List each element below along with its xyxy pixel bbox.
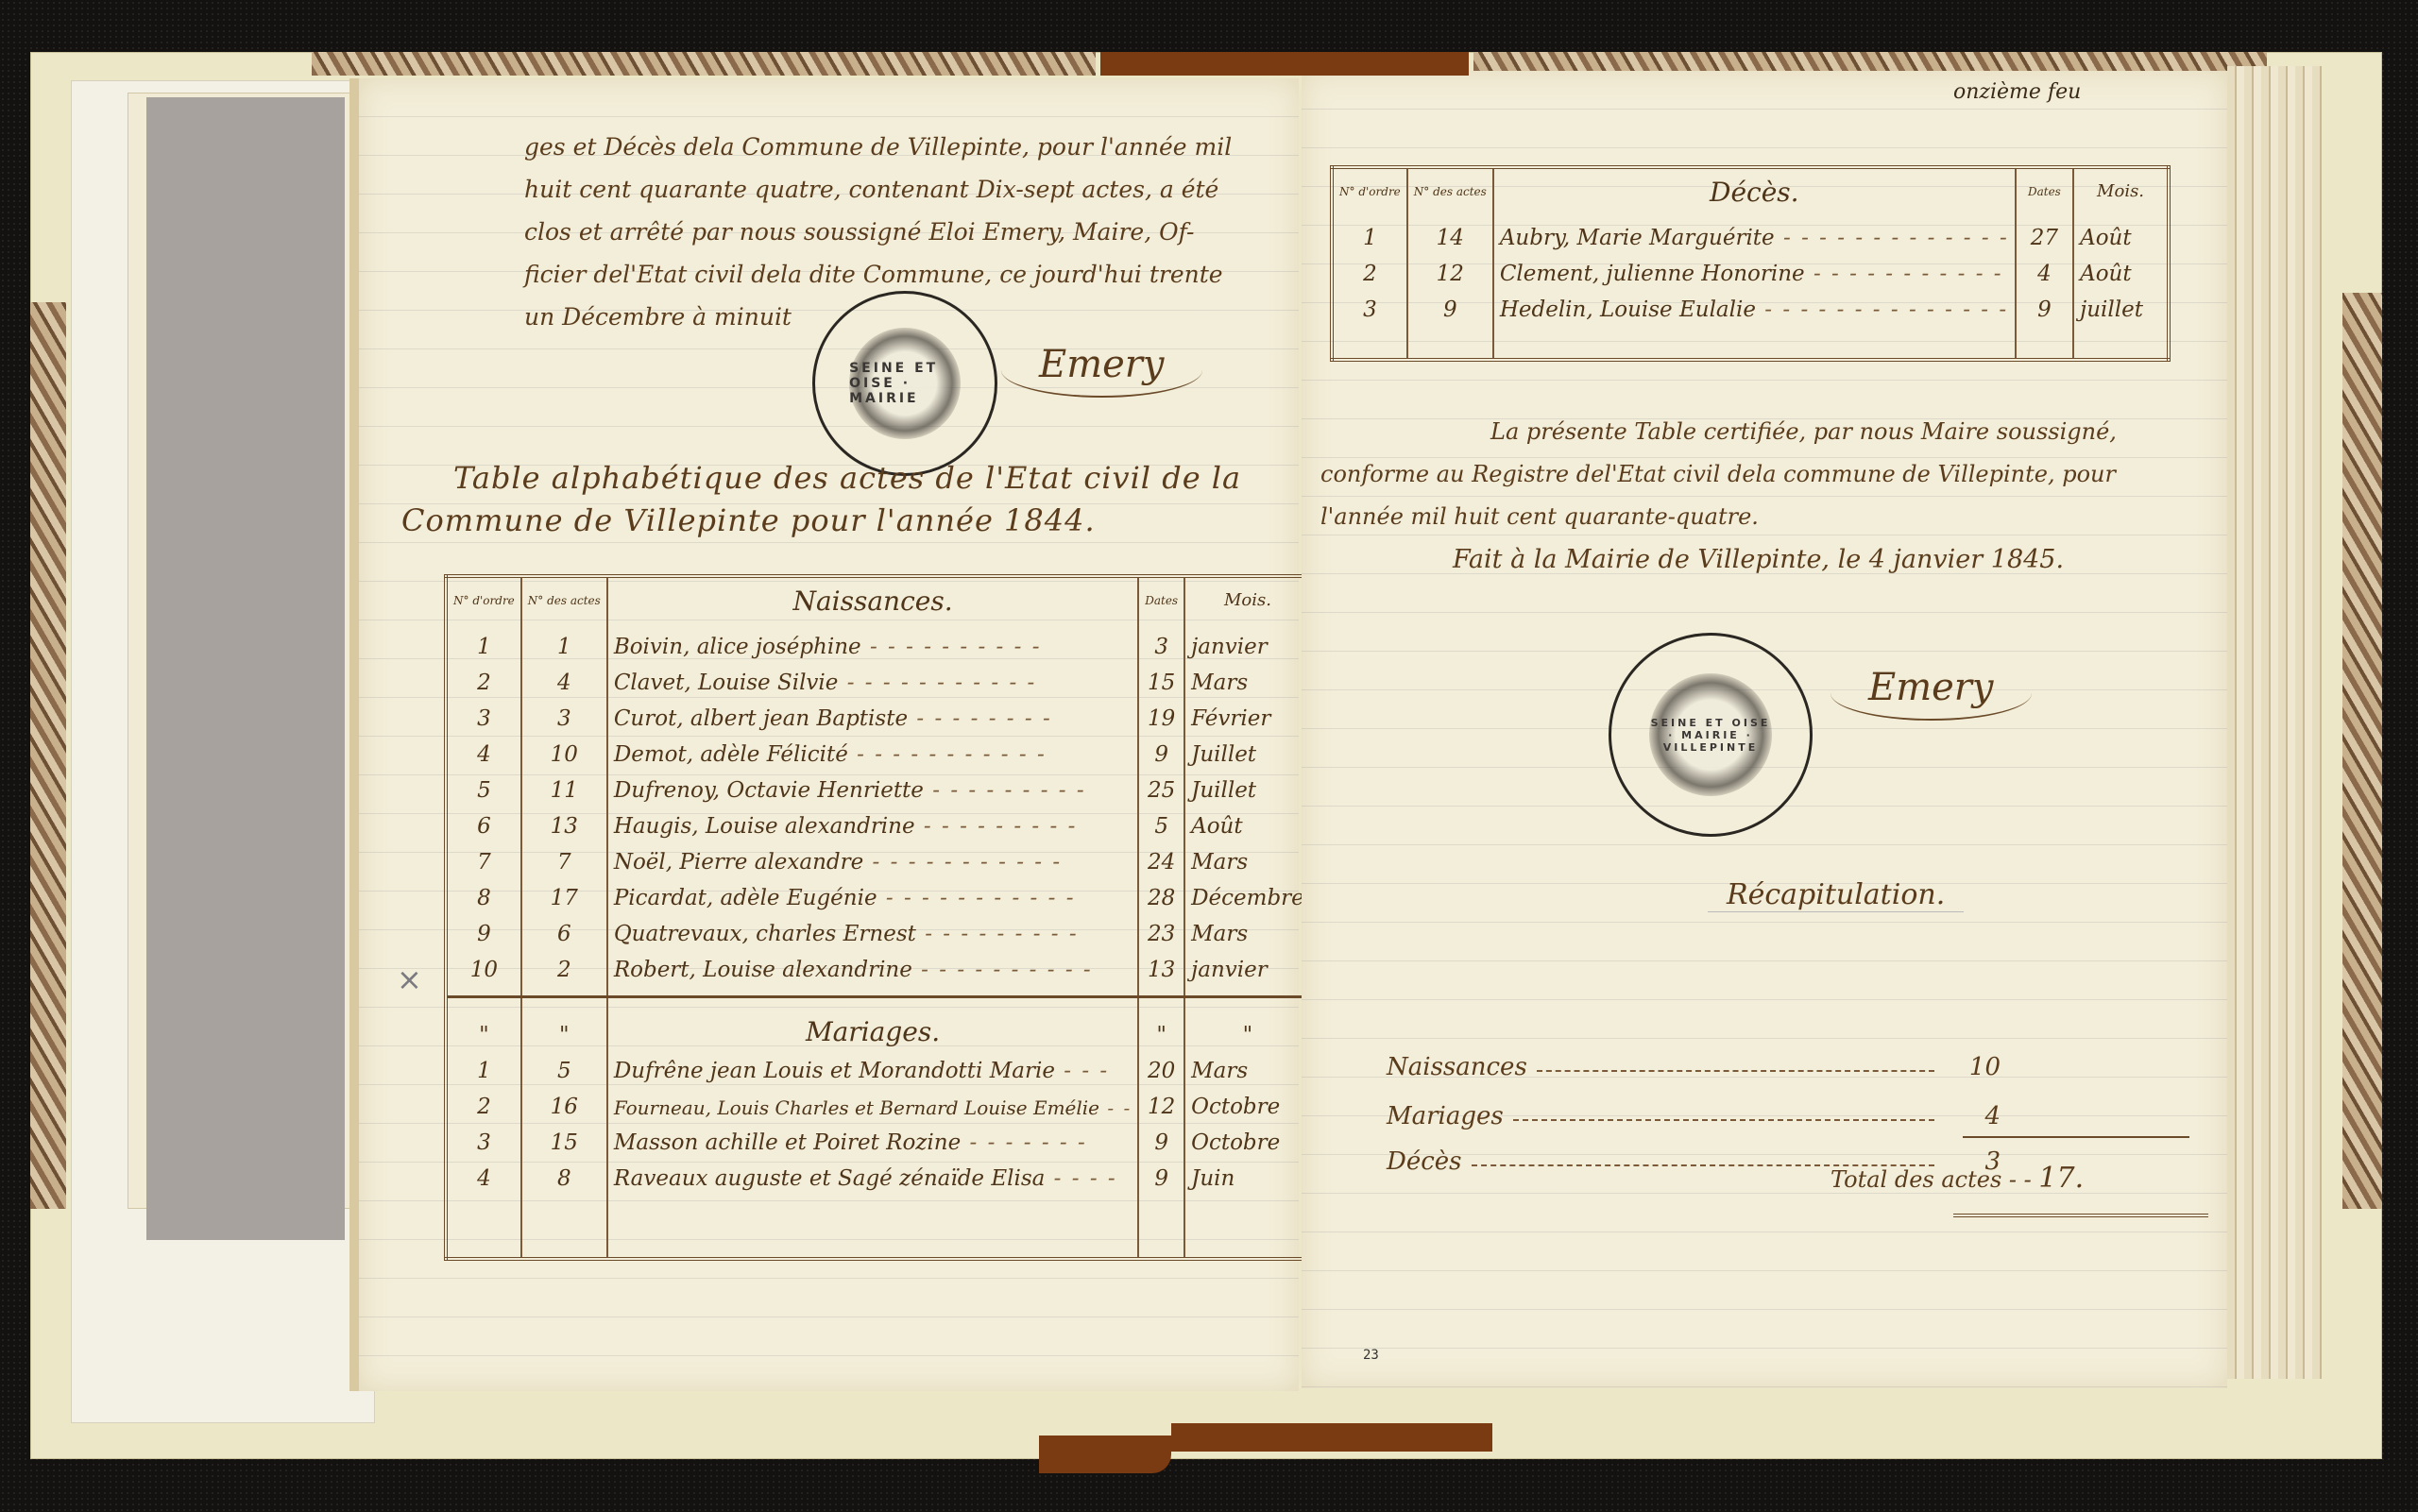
date-cell: 12 [1138, 1083, 1184, 1119]
table-row: 4 10 Demot, adèle Félicité - - - - - - -… [446, 731, 1312, 767]
mairie-stamp: SEINE ET OISE · MAIRIE · VILLEPINTE [1609, 633, 1813, 837]
name-cell: Fourneau, Louis Charles et Bernard Louis… [607, 1083, 1138, 1119]
recap-row-mariages: Mariages 4 [1387, 1102, 2001, 1130]
name-text: Fourneau, Louis Charles et Bernard Louis… [614, 1096, 1099, 1119]
table-row: 1 1 Boivin, alice joséphine - - - - - - … [446, 623, 1312, 659]
month-cell: Mars [1184, 1047, 1312, 1083]
col-order-header: N° d'ordre [1332, 167, 1407, 214]
table-row: 3 15 Masson achille et Poiret Rozine - -… [446, 1119, 1312, 1155]
order-cell: 3 [446, 1119, 521, 1155]
col-date-header: Dates [1138, 576, 1184, 623]
stamp-core: SEINE ET OISE · MAIRIE · VILLEPINTE [1649, 673, 1772, 796]
grey-interleaf-sheet [146, 97, 345, 1240]
name-text: Raveaux auguste et Sagé zénaïde Elisa [614, 1166, 1046, 1191]
act-cell: 9 [1407, 286, 1493, 322]
month-cell: Mars [1184, 659, 1312, 695]
act-cell: 4 [521, 659, 607, 695]
name-text: Robert, Louise alexandrine [614, 958, 912, 982]
date-cell: 19 [1138, 695, 1184, 731]
act-cell: 6 [521, 910, 607, 946]
closing-line: clos et arrêté par nous soussigné Eloi E… [524, 211, 1280, 253]
date-cell: 9 [1138, 731, 1184, 767]
month-cell: janvier [1184, 623, 1312, 659]
table-title-line-2: Commune de Villepinte pour l'année 1844. [401, 499, 1096, 542]
name-cell: Picardat, adèle Eugénie - - - - - - - - … [607, 875, 1138, 910]
month-cell: Août [2073, 250, 2169, 286]
sum-rule [1963, 1136, 2189, 1138]
name-cell: Hedelin, Louise Eulalie - - - - - - - - … [1493, 286, 2016, 322]
date-cell: 27 [2016, 214, 2073, 250]
act-cell: 5 [521, 1047, 607, 1083]
date-cell: 25 [1138, 767, 1184, 803]
name-text: Masson achille et Poiret Rozine [614, 1130, 961, 1155]
binding-strap [1039, 1436, 1171, 1473]
col-act-header: N° des actes [1407, 167, 1493, 214]
month-cell: juillet [2073, 286, 2169, 322]
date-cell: 28 [1138, 875, 1184, 910]
name-text: Dufrenoy, Octavie Henriette [614, 778, 924, 803]
deces-header: Décès. [1493, 167, 2016, 214]
total-label: Total des actes [1831, 1166, 2001, 1193]
date-cell: 9 [1138, 1155, 1184, 1191]
table-row: 6 13 Haugis, Louise alexandrine - - - - … [446, 803, 1312, 839]
act-cell: 16 [521, 1083, 607, 1119]
recap-value: 10 [1944, 1053, 2001, 1081]
table-title-line-1: Table alphabétique des actes de l'Etat c… [453, 456, 1241, 500]
month-cell: Juillet [1184, 767, 1312, 803]
marbled-corner-top-right [1473, 52, 2267, 71]
naissances-header: Naissances. [607, 576, 1138, 623]
name-cell: Haugis, Louise alexandrine - - - - - - -… [607, 803, 1138, 839]
name-text: Curot, albert jean Baptiste [614, 706, 908, 731]
col-month-header: Mois. [1184, 576, 1312, 623]
binding-strap-top [1100, 52, 1469, 76]
name-cell: Clavet, Louise Silvie - - - - - - - - - … [607, 659, 1138, 695]
certification-paragraph: La présente Table certifiée, par nous Ma… [1320, 411, 2189, 581]
table-row: 2 12 Clement, julienne Honorine - - - - … [1332, 250, 2169, 286]
closing-line: huit cent quarante quatre, contenant Dix… [524, 168, 1280, 211]
name-cell: Noël, Pierre alexandre - - - - - - - - -… [607, 839, 1138, 875]
date-cell: 24 [1138, 839, 1184, 875]
act-cell: 10 [521, 731, 607, 767]
table-row: 3 9 Hedelin, Louise Eulalie - - - - - - … [1332, 286, 2169, 322]
name-cell: Aubry, Marie Marguérite - - - - - - - - … [1493, 214, 2016, 250]
closing-line: ges et Décès dela Commune de Villepinte,… [524, 126, 1280, 168]
date-cell: 20 [1138, 1047, 1184, 1083]
births-marriages-table: N° d'ordre N° des actes Naissances. Date… [444, 574, 1314, 1261]
name-cell: Dufrêne jean Louis et Morandotti Marie -… [607, 1047, 1138, 1083]
col-order-header: N° d'ordre [446, 576, 521, 623]
name-cell: Curot, albert jean Baptiste - - - - - - … [607, 695, 1138, 731]
name-text: Haugis, Louise alexandrine [614, 814, 915, 839]
date-cell: 15 [1138, 659, 1184, 695]
order-cell: 4 [446, 731, 521, 767]
marbled-edge-left [30, 302, 66, 1209]
left-page: ges et Décès dela Commune de Villepinte,… [349, 78, 1299, 1391]
deaths-table: N° d'ordre N° des actes Décès. Dates Moi… [1330, 165, 2171, 362]
mairie-stamp: SEINE ET OISE · MAIRIE [812, 291, 997, 476]
table-row: 4 8 Raveaux auguste et Sagé zénaïde Elis… [446, 1155, 1312, 1191]
total-line: Total des actes - - 17. [1831, 1162, 2084, 1195]
order-cell: 1 [446, 623, 521, 659]
col-date-header: Dates [2016, 167, 2073, 214]
name-text: Hedelin, Louise Eulalie [1500, 297, 1756, 322]
name-text: Dufrêne jean Louis et Morandotti Marie [614, 1059, 1055, 1083]
binding-strap [1171, 1423, 1492, 1452]
name-text: Quatrevaux, charles Ernest [614, 922, 916, 946]
order-cell: 2 [1332, 250, 1407, 286]
stamp-core: SEINE ET OISE · MAIRIE [849, 328, 961, 439]
date-cell: 5 [1138, 803, 1184, 839]
order-cell: 3 [1332, 286, 1407, 322]
name-cell: Masson achille et Poiret Rozine - - - - … [607, 1119, 1138, 1155]
table-row: 1 14 Aubry, Marie Marguérite - - - - - -… [1332, 214, 2169, 250]
recap-label: Décès [1387, 1147, 1462, 1176]
name-cell: Quatrevaux, charles Ernest - - - - - - -… [607, 910, 1138, 946]
month-cell: Juin [1184, 1155, 1312, 1191]
order-cell: 4 [446, 1155, 521, 1191]
act-cell: 13 [521, 803, 607, 839]
ditto-mark: " [521, 997, 607, 1048]
act-cell: 17 [521, 875, 607, 910]
table-row: 5 11 Dufrenoy, Octavie Henriette - - - -… [446, 767, 1312, 803]
order-cell: 1 [446, 1047, 521, 1083]
certification-line: conforme au Registre del'Etat civil dela… [1320, 453, 2189, 496]
section-separator [446, 982, 1312, 997]
marbled-edge-right [2342, 293, 2382, 1209]
date-cell: 4 [2016, 250, 2073, 286]
name-text: Aubry, Marie Marguérite [1500, 226, 1775, 250]
month-cell: Mars [1184, 839, 1312, 875]
order-cell: 5 [446, 767, 521, 803]
table-spacer-row [446, 1191, 1312, 1259]
order-cell: 2 [446, 659, 521, 695]
name-text: Demot, adèle Félicité [614, 742, 848, 767]
recap-label: Mariages [1387, 1102, 1504, 1130]
name-cell: Demot, adèle Félicité - - - - - - - - - … [607, 731, 1138, 767]
table-row: 3 3 Curot, albert jean Baptiste - - - - … [446, 695, 1312, 731]
recap-title: Récapitulation. [1708, 878, 1964, 912]
date-cell: 9 [2016, 286, 2073, 322]
name-text: Clavet, Louise Silvie [614, 671, 839, 695]
order-cell: 10 [446, 946, 521, 982]
col-month-header: Mois. [2073, 167, 2169, 214]
table-row: 10 2 Robert, Louise alexandrine - - - - … [446, 946, 1312, 982]
order-cell: 7 [446, 839, 521, 875]
date-cell: 3 [1138, 623, 1184, 659]
page-edges-right [2227, 66, 2322, 1379]
done-at-line: Fait à la Mairie de Villepinte, le 4 jan… [1320, 538, 2189, 581]
order-cell: 1 [1332, 214, 1407, 250]
act-cell: 15 [521, 1119, 607, 1155]
date-cell: 13 [1138, 946, 1184, 982]
name-cell: Dufrenoy, Octavie Henriette - - - - - - … [607, 767, 1138, 803]
act-cell: 8 [521, 1155, 607, 1191]
right-page: onzième feu N° d'ordre N° des actes Décè… [1302, 71, 2227, 1388]
margin-cross-mark: × [397, 961, 422, 997]
month-cell: Octobre [1184, 1083, 1312, 1119]
name-cell: Boivin, alice joséphine - - - - - - - - … [607, 623, 1138, 659]
act-cell: 3 [521, 695, 607, 731]
act-cell: 14 [1407, 214, 1493, 250]
order-cell: 8 [446, 875, 521, 910]
ditto-mark: " [446, 997, 521, 1048]
month-cell: Mars [1184, 910, 1312, 946]
mayor-signature: Emery [1001, 343, 1202, 398]
recap-value: 4 [1944, 1102, 2001, 1130]
ditto-mark: " [1138, 997, 1184, 1048]
marbled-corner-top [312, 52, 1096, 76]
order-cell: 3 [446, 695, 521, 731]
mayor-signature: Emery [1831, 666, 2032, 721]
recap-label: Naissances [1387, 1053, 1527, 1081]
table-row: 2 4 Clavet, Louise Silvie - - - - - - - … [446, 659, 1312, 695]
act-cell: 7 [521, 839, 607, 875]
name-text: Boivin, alice joséphine [614, 635, 861, 659]
table-row: 1 5 Dufrêne jean Louis et Morandotti Mar… [446, 1047, 1312, 1083]
month-cell: Juillet [1184, 731, 1312, 767]
act-cell: 1 [521, 623, 607, 659]
table-row: 9 6 Quatrevaux, charles Ernest - - - - -… [446, 910, 1312, 946]
name-text: Clement, julienne Honorine [1500, 262, 1805, 286]
recap-row-naissances: Naissances 10 [1387, 1053, 2001, 1081]
order-cell: 6 [446, 803, 521, 839]
month-cell: Décembre [1184, 875, 1312, 910]
month-cell: Octobre [1184, 1119, 1312, 1155]
order-cell: 9 [446, 910, 521, 946]
month-cell: Février [1184, 695, 1312, 731]
name-text: Picardat, adèle Eugénie [614, 886, 877, 910]
certification-line: La présente Table certifiée, par nous Ma… [1320, 411, 2189, 453]
certification-line: l'année mil huit cent quarante-quatre. [1320, 496, 2189, 538]
order-cell: 2 [446, 1083, 521, 1119]
act-cell: 12 [1407, 250, 1493, 286]
total-value: 17. [2038, 1162, 2084, 1195]
act-cell: 11 [521, 767, 607, 803]
closing-line: ficier del'Etat civil dela dite Commune,… [524, 253, 1280, 296]
mariages-header-row: " " Mariages. " " [446, 997, 1312, 1048]
name-text: Noël, Pierre alexandre [614, 850, 863, 875]
name-cell: Raveaux auguste et Sagé zénaïde Elisa - … [607, 1155, 1138, 1191]
month-cell: Août [2073, 214, 2169, 250]
month-cell: janvier [1184, 946, 1312, 982]
act-cell: 2 [521, 946, 607, 982]
date-cell: 9 [1138, 1119, 1184, 1155]
double-rule [1953, 1214, 2208, 1217]
date-cell: 23 [1138, 910, 1184, 946]
table-row: 8 17 Picardat, adèle Eugénie - - - - - -… [446, 875, 1312, 910]
name-cell: Clement, julienne Honorine - - - - - - -… [1493, 250, 2016, 286]
table-spacer-row [1332, 322, 2169, 360]
table-row: 2 16 Fourneau, Louis Charles et Bernard … [446, 1083, 1312, 1119]
month-cell: Août [1184, 803, 1312, 839]
name-cell: Robert, Louise alexandrine - - - - - - -… [607, 946, 1138, 982]
folio-note: onzième feu [1953, 80, 2081, 104]
ditto-mark: " [1184, 997, 1312, 1048]
page-number: 23 [1363, 1348, 1379, 1363]
table-row: 7 7 Noël, Pierre alexandre - - - - - - -… [446, 839, 1312, 875]
mariages-header: Mariages. [607, 997, 1138, 1048]
col-act-header: N° des actes [521, 576, 607, 623]
